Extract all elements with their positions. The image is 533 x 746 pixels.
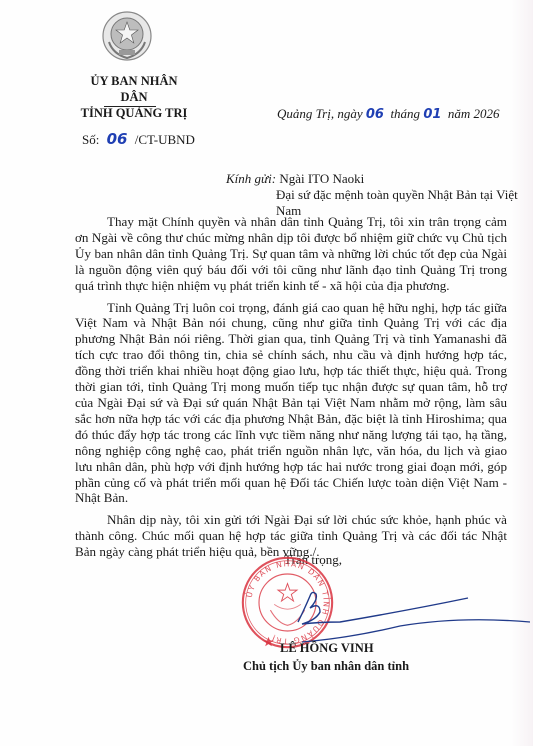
letter-page: ỦY BAN NHÂN DÂN TỈNH QUẢNG TRỊ Quảng Trị… bbox=[0, 0, 533, 746]
date-month: 01 bbox=[423, 107, 441, 122]
document-number: Số: 06 /CT-UBND bbox=[82, 130, 195, 148]
date-year: 2026 bbox=[474, 106, 500, 121]
dateline: Quảng Trị, ngày 06 tháng 01 năm 2026 bbox=[277, 106, 500, 122]
doc-number-suffix: /CT-UBND bbox=[135, 132, 195, 147]
signer-name: LÊ HỒNG VINH bbox=[280, 641, 374, 656]
date-month-label: tháng bbox=[390, 106, 420, 121]
recipient-block: Kính gửi: Ngài ITO Naoki Đại sứ đặc mệnh… bbox=[226, 171, 533, 219]
recipient-label: Kính gửi: bbox=[226, 171, 276, 186]
paragraph-1: Thay mặt Chính quyền và nhân dân tỉnh Qu… bbox=[75, 214, 507, 294]
handwritten-signature-icon bbox=[290, 580, 530, 650]
date-year-label: năm bbox=[448, 106, 470, 121]
doc-number-value: 06 bbox=[107, 130, 128, 148]
org-line-2: TỈNH QUẢNG TRỊ bbox=[81, 105, 188, 121]
national-emblem-icon bbox=[101, 10, 153, 62]
paragraph-2: Tỉnh Quảng Trị luôn coi trọng, đánh giá … bbox=[75, 300, 507, 507]
date-place: Quảng Trị, ngày bbox=[277, 106, 363, 121]
date-day: 06 bbox=[366, 107, 384, 122]
issuing-organization: ỦY BAN NHÂN DÂN TỈNH QUẢNG TRỊ bbox=[80, 73, 188, 121]
org-underline bbox=[104, 106, 156, 107]
signer-title: Chủ tịch Ủy ban nhân dân tỉnh bbox=[243, 659, 409, 674]
recipient-name: Ngài ITO Naoki bbox=[279, 171, 364, 186]
org-line-1: ỦY BAN NHÂN DÂN bbox=[80, 73, 188, 105]
letter-body: Thay mặt Chính quyền và nhân dân tỉnh Qu… bbox=[75, 214, 507, 566]
doc-number-label: Số: bbox=[82, 132, 99, 147]
